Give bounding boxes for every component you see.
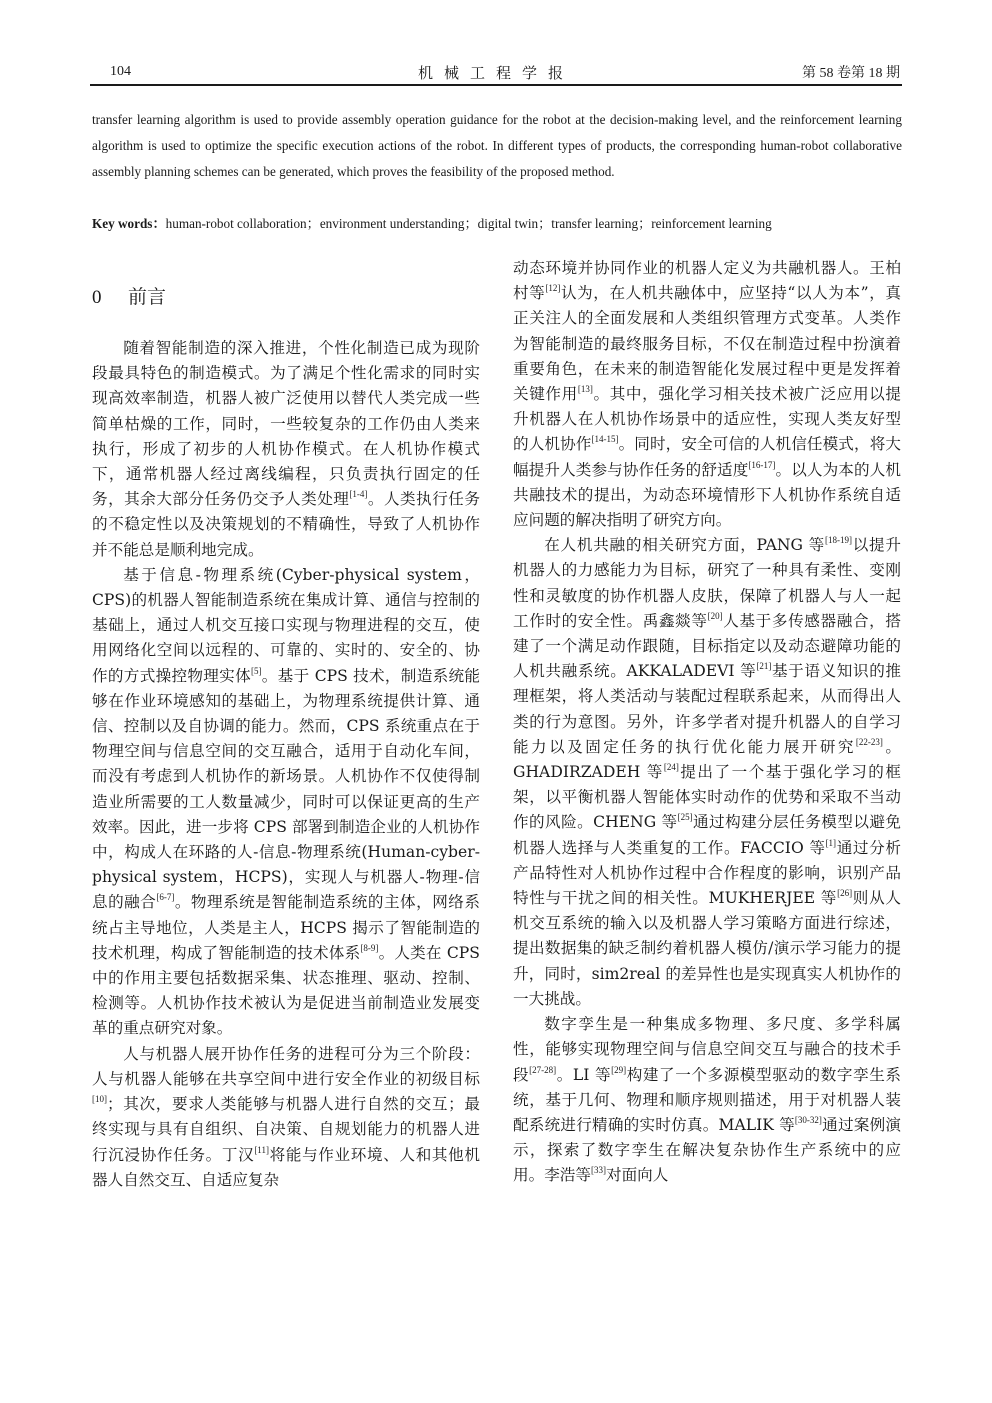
citation-ref: [29] bbox=[611, 1065, 626, 1075]
issue-label: 第 58 卷第 18 期 bbox=[802, 62, 900, 82]
left-column: 0前言 随着智能制造的深入推进，个性化制造已成为现阶段最具特色的制造模式。为了满… bbox=[92, 256, 480, 1193]
citation-ref: [8-9] bbox=[360, 943, 378, 953]
citation-ref: [27-28] bbox=[529, 1065, 556, 1075]
keywords-label: Key words： bbox=[92, 216, 166, 231]
citation-ref: [18-19] bbox=[825, 535, 852, 545]
citation-ref: [16-17] bbox=[748, 460, 775, 470]
citation-ref: [5] bbox=[251, 666, 262, 676]
citation-ref: [10] bbox=[92, 1094, 107, 1104]
citation-ref: [1-4] bbox=[349, 489, 367, 499]
citation-ref: [21] bbox=[756, 661, 771, 671]
citation-ref: [6-7] bbox=[156, 892, 174, 902]
citation-ref: [26] bbox=[837, 888, 852, 898]
citation-ref: [14-15] bbox=[591, 434, 618, 444]
section-heading: 0前言 bbox=[92, 284, 480, 310]
section-number: 0 bbox=[92, 285, 128, 311]
paragraph: 动态环境并协同作业的机器人定义为共融机器人。王柏村等[12]认为，在人机共融体中… bbox=[513, 256, 901, 533]
paragraph: 人与机器人展开协作任务的进程可分为三个阶段：人与机器人能够在共享空间中进行安全作… bbox=[92, 1042, 480, 1193]
keywords: Key words：human-robot collaboration；envi… bbox=[92, 211, 902, 237]
keywords-list: human-robot collaboration；environment un… bbox=[166, 216, 772, 231]
citation-ref: [24] bbox=[664, 762, 679, 772]
citation-ref: [30-32] bbox=[795, 1115, 822, 1125]
section-title: 前言 bbox=[128, 286, 166, 308]
abstract-text: transfer learning algorithm is used to p… bbox=[92, 107, 902, 185]
paragraph: 随着智能制造的深入推进，个性化制造已成为现阶段最具特色的制造模式。为了满足个性化… bbox=[92, 336, 480, 563]
citation-ref: [12] bbox=[545, 283, 560, 293]
citation-ref: [13] bbox=[578, 384, 593, 394]
journal-title: 机械工程学报 bbox=[90, 62, 902, 83]
running-header: 104 机械工程学报 第 58 卷第 18 期 bbox=[90, 62, 902, 86]
paragraph: 基于信息-物理系统(Cyber-physical system，CPS)的机器人… bbox=[92, 563, 480, 1042]
citation-ref: [1] bbox=[826, 838, 837, 848]
citation-ref: [33] bbox=[591, 1165, 606, 1175]
citation-ref: [11] bbox=[254, 1145, 269, 1155]
right-column: 动态环境并协同作业的机器人定义为共融机器人。王柏村等[12]认为，在人机共融体中… bbox=[513, 256, 901, 1189]
paragraph: 在人机共融的相关研究方面，PANG 等[18-19]以提升机器人的力感能力为目标… bbox=[513, 533, 901, 1012]
citation-ref: [20] bbox=[708, 611, 723, 621]
citation-ref: [22-23] bbox=[856, 737, 883, 747]
citation-ref: [25] bbox=[678, 812, 693, 822]
paragraph: 数字孪生是一种集成多物理、多尺度、多学科属性，能够实现物理空间与信息空间交互与融… bbox=[513, 1012, 901, 1188]
